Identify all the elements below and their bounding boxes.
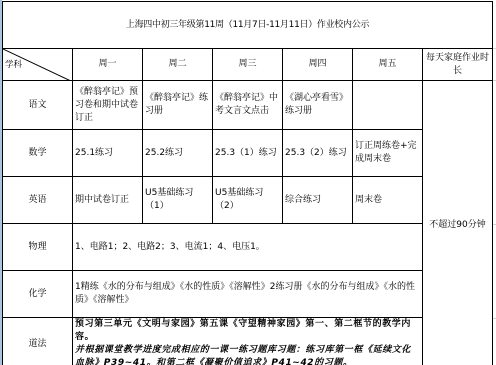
cell-chinese-tue[interactable]: 《醉翁亭记》练习册	[143, 81, 213, 130]
day-header-mon[interactable]: 周一	[73, 49, 143, 81]
duration-value[interactable]: 不超过90分钟	[423, 81, 493, 365]
duration-header[interactable]: 每天家庭作业时长	[423, 49, 493, 81]
cell-english-thu[interactable]: 综合练习	[283, 177, 353, 224]
subject-ethics[interactable]: 道法	[3, 318, 73, 365]
table-row-english: 英语 期中试卷订正 U5基础练习（1） U5基础练习（2） 综合练习 周末卷	[3, 177, 493, 224]
table-row-chinese: 语文 《醉翁亭记》预习卷和期中试卷订正 《醉翁亭记》练习册 《醉翁亭记》中考文言…	[3, 81, 493, 130]
homework-table: 上海四中初三年级第11周（11月7日-11月11日）作业校内公示 学科 周一 周…	[2, 1, 493, 365]
cell-math-wed[interactable]: 25.3（1）练习	[213, 130, 283, 177]
table-row-ethics: 道法 预习第三单元《文明与家园》第五课《守望精神家园》第一、第二框节的教学内容。…	[3, 318, 493, 365]
table-row-math: 数学 25.1练习 25.2练习 25.3（1）练习 25.3（2）练习 订正周…	[3, 130, 493, 177]
day-header-thu[interactable]: 周四	[283, 49, 353, 81]
cell-math-thu[interactable]: 25.3（2）练习	[283, 130, 353, 177]
day-header-fri[interactable]: 周五	[353, 49, 423, 81]
cell-chinese-mon[interactable]: 《醉翁亭记》预习卷和期中试卷订正	[73, 81, 143, 130]
ethics-line-1: 预习第三单元《文明与家园》第五课《守望精神家园》第一、第二框节的教学内容。	[75, 318, 420, 344]
subject-chemistry[interactable]: 化学	[3, 271, 73, 318]
cell-math-fri[interactable]: 订正周练卷+完成周末卷	[353, 130, 423, 177]
cell-chinese-fri[interactable]	[353, 81, 423, 130]
day-header-wed[interactable]: 周三	[213, 49, 283, 81]
cell-math-tue[interactable]: 25.2练习	[143, 130, 213, 177]
subject-math[interactable]: 数学	[3, 130, 73, 177]
subject-header-label: 学科	[5, 59, 22, 72]
cell-physics-week[interactable]: 1、电路1；2、电路2；3、电流1；4、电压1。	[73, 224, 423, 271]
subject-chinese[interactable]: 语文	[3, 81, 73, 130]
cell-math-mon[interactable]: 25.1练习	[73, 130, 143, 177]
ethics-line-2: 并根据课堂教学进度完成相应的一课一练习题库习题：练习库第一框《延续文化血脉》P3…	[75, 344, 420, 365]
cell-english-mon[interactable]: 期中试卷订正	[73, 177, 143, 224]
subject-english[interactable]: 英语	[3, 177, 73, 224]
table-row-physics: 物理 1、电路1；2、电路2；3、电流1；4、电压1。	[3, 224, 493, 271]
day-header-tue[interactable]: 周二	[143, 49, 213, 81]
subject-header-cell[interactable]: 学科	[3, 49, 73, 81]
cell-english-tue[interactable]: U5基础练习（1）	[143, 177, 213, 224]
subject-physics[interactable]: 物理	[3, 224, 73, 271]
cell-english-wed[interactable]: U5基础练习（2）	[213, 177, 283, 224]
cell-chinese-thu[interactable]: 《湖心亭看雪》练习册	[283, 81, 353, 130]
cell-chinese-wed[interactable]: 《醉翁亭记》中考文言文点击	[213, 81, 283, 130]
table-row-chemistry: 化学 1精练《水的分布与组成》《水的性质》《溶解性》2练习册《水的分布与组成》《…	[3, 271, 493, 318]
cell-ethics-week[interactable]: 预习第三单元《文明与家园》第五课《守望精神家园》第一、第二框节的教学内容。 并根…	[73, 318, 423, 365]
cell-chemistry-week[interactable]: 1精练《水的分布与组成》《水的性质》《溶解性》2练习册《水的分布与组成》《水的性…	[73, 271, 423, 318]
cell-english-fri[interactable]: 周末卷	[353, 177, 423, 224]
page-title[interactable]: 上海四中初三年级第11周（11月7日-11月11日）作业校内公示	[3, 2, 493, 49]
